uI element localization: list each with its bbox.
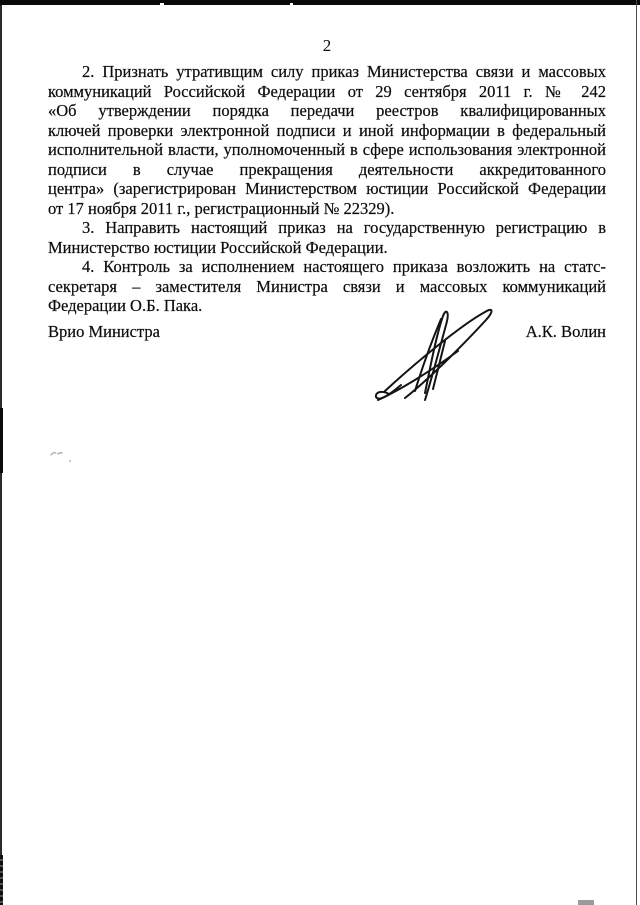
- handwritten-signature-icon: [373, 303, 501, 403]
- text-line: 4. Контроль за исполнением настоящего пр…: [48, 257, 606, 277]
- text-line: 3. Направить настоящий приказ на государ…: [48, 218, 606, 238]
- text-line: «Об утверждении порядка передачи реестро…: [48, 101, 606, 121]
- document-body: 2. Признать утративщим силу приказ Минис…: [48, 62, 606, 316]
- scanned-document-page: 2 2. Признать утративщим силу приказ Мин…: [0, 0, 640, 905]
- text-line: секретаря – заместителя Министра связи и…: [48, 277, 606, 297]
- text-line: подписи в случае прекращения деятельност…: [48, 160, 606, 180]
- signatory-name: А.К. Волин: [526, 322, 606, 342]
- scan-left-edge-dashes: [0, 855, 3, 905]
- scan-top-edge-artifact: [0, 0, 640, 5]
- text-line: центра» (зарегистрирован Министерством ю…: [48, 179, 606, 199]
- text-line: исполнительной власти, уполномоченный в …: [48, 140, 606, 160]
- paragraph-item-4: 4. Контроль за исполнением настоящего пр…: [48, 257, 606, 316]
- text-line: 2. Признать утративщим силу приказ Минис…: [48, 62, 606, 82]
- text-line: коммуникаций Российской Федерации от 29 …: [48, 82, 606, 102]
- signature-block: Врио Министра А.К. Волин: [48, 322, 606, 342]
- text-line: Федерации О.Б. Пака.: [48, 296, 606, 316]
- scan-left-edge-blob: [0, 408, 3, 473]
- scan-right-edge-artifact: [636, 0, 637, 905]
- page-number: 2: [48, 36, 606, 56]
- paragraph-item-2: 2. Признать утративщим силу приказ Минис…: [48, 62, 606, 218]
- text-line: ключей проверки электронной подписи и ин…: [48, 121, 606, 141]
- text-line: от 17 ноября 2011 г., регистрационный № …: [48, 199, 606, 219]
- scan-corner-mark: [578, 900, 594, 905]
- text-line: Министерство юстиции Российской Федераци…: [48, 238, 606, 258]
- scan-smudge-mark: [48, 448, 78, 466]
- paragraph-item-3: 3. Направить настоящий приказ на государ…: [48, 218, 606, 257]
- acting-minister-title: Врио Министра: [48, 322, 160, 342]
